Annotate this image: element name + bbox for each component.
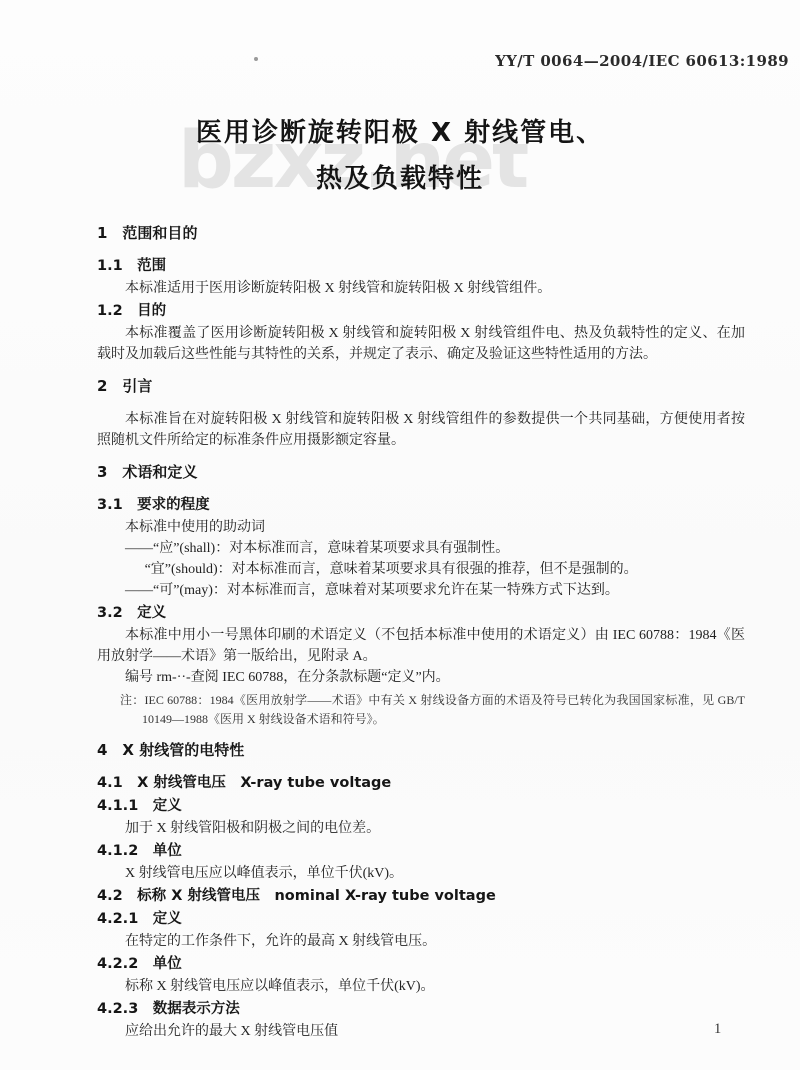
list-item-dash: ——“可”(may)：对本标准而言，意味着对某项要求允许在某一特殊方式下达到。 — [97, 580, 745, 601]
heading-section: 1.2 目的 — [97, 301, 745, 322]
heading-chapter: 4 X 射线管的电特性 — [97, 739, 745, 761]
heading-chapter: 2 引言 — [97, 375, 745, 397]
document-title-line-2: 热及负载特性 — [316, 164, 484, 194]
paragraph: 本标准中用小一号黑体印刷的术语定义（不包括本标准中使用的术语定义）由 IEC 6… — [97, 625, 745, 667]
standard-number: YY/T 0064—2004/IEC 60613:1989 — [495, 52, 789, 70]
list-item-dash: “宜”(should)：对本标准而言，意味着某项要求具有很强的推荐，但不是强制的… — [97, 559, 745, 580]
heading-section: 4.1 X 射线管电压 X-ray tube voltage — [97, 773, 745, 794]
paragraph: 编号 rm-··-查阅 IEC 60788，在分条款标题“定义”内。 — [97, 667, 745, 688]
list-item-dash: ——“应”(shall)：对本标准而言，意味着某项要求具有强制性。 — [97, 538, 745, 559]
paragraph: 加于 X 射线管阳极和阴极之间的电位差。 — [97, 818, 745, 839]
paragraph: 应给出允许的最大 X 射线管电压值 — [97, 1021, 745, 1042]
paragraph: 在特定的工作条件下，允许的最高 X 射线管电压。 — [97, 931, 745, 952]
heading-chapter: 3 术语和定义 — [97, 461, 745, 483]
note: 注：IEC 60788：1984《医用放射学——术语》中有关 X 射线设备方面的… — [97, 691, 745, 729]
document-title: 医用诊断旋转阳极 X 射线管电、热及负载特性 — [0, 110, 800, 202]
paragraph: 本标准覆盖了医用诊断旋转阳极 X 射线管和旋转阳极 X 射线管组件电、热及负载特… — [97, 323, 745, 365]
paragraph: X 射线管电压应以峰值表示，单位千伏(kV)。 — [97, 863, 745, 884]
document-page: YY/T 0064—2004/IEC 60613:1989 bzxz.net 医… — [0, 0, 800, 1070]
paragraph: 本标准旨在对旋转阳极 X 射线管和旋转阳极 X 射线管组件的参数提供一个共同基础… — [97, 409, 745, 451]
heading-section: 4.1.2 单位 — [97, 841, 745, 862]
heading-section: 4.2 标称 X 射线管电压 nominal X-ray tube voltag… — [97, 886, 745, 907]
heading-section: 4.2.3 数据表示方法 — [97, 999, 745, 1020]
heading-chapter: 1 范围和目的 — [97, 222, 745, 244]
document-body: 1 范围和目的1.1 范围本标准适用于医用诊断旋转阳极 X 射线管和旋转阳极 X… — [97, 212, 745, 1042]
heading-section: 4.2.2 单位 — [97, 954, 745, 975]
heading-section: 4.1.1 定义 — [97, 796, 745, 817]
heading-section: 1.1 范围 — [97, 256, 745, 277]
heading-section: 3.1 要求的程度 — [97, 495, 745, 516]
paragraph: 标称 X 射线管电压应以峰值表示，单位千伏(kV)。 — [97, 976, 745, 997]
document-title-line-1: 医用诊断旋转阳极 X 射线管电、 — [196, 118, 604, 148]
scan-speck — [254, 57, 258, 61]
heading-section: 4.2.1 定义 — [97, 909, 745, 930]
page-number: 1 — [714, 1021, 721, 1038]
paragraph: 本标准适用于医用诊断旋转阳极 X 射线管和旋转阳极 X 射线管组件。 — [97, 278, 745, 299]
heading-section: 3.2 定义 — [97, 603, 745, 624]
paragraph: 本标准中使用的助动词 — [97, 517, 745, 538]
